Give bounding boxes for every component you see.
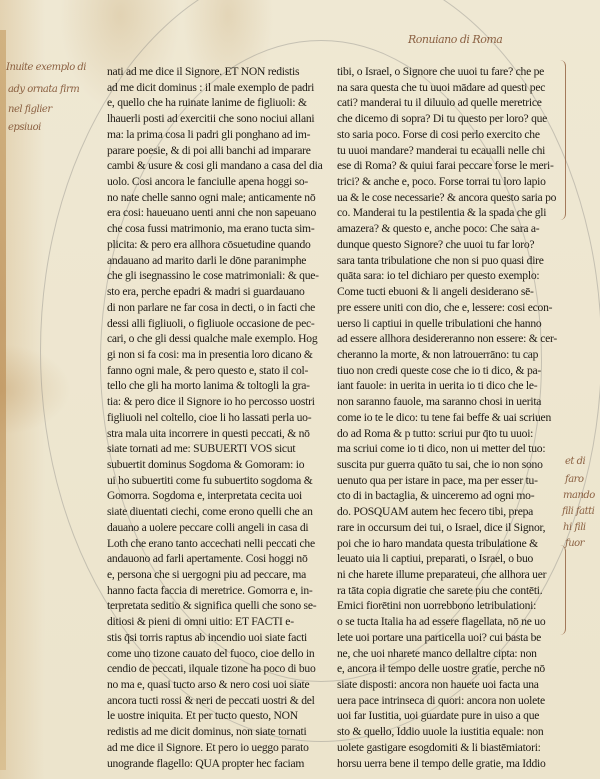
text-line: tia: & pero dice il Signore io ho percos… [107,394,337,410]
text-line: amazera? & questo e, anche poco: Che sar… [337,221,567,237]
text-line: di non parlare ne far cosa in decti, o i… [107,300,337,316]
text-line: ma scriui come io ti dico, non ui metter… [337,441,567,457]
text-line: e, quello che ha ruinate lanime de figli… [107,95,337,111]
text-line: ne, che uoi nharete manco dellaltre cipt… [337,646,567,662]
text-line: Gomorra. Sogdoma e, interpretata cecita … [107,488,337,504]
text-line: figliuoli nel coltello, cioe li ho lassa… [107,410,337,426]
text-line: uenuto qua per istare in pace, ma per es… [337,473,567,489]
text-line: sto saria poco. Forse di cosi perlo exer… [337,127,567,143]
text-line: cati? manderai tu il diluuio ad quelle m… [337,95,567,111]
text-line: iant fauole: in uerita in uerita io ti d… [337,378,567,394]
text-line: andauono ad farli apertamente. Cosi hogg… [107,551,337,567]
text-line: ni che harete illume preparateui, che al… [337,567,567,583]
text-line: pre essere uniti con dio, che e, lessere… [337,300,567,316]
page-edge-stain [0,30,6,770]
text-line: fanno ogni male, & pero questo e, stato … [107,363,337,379]
text-line: unogrande flagello: QUA propter hec faci… [107,756,337,772]
text-line: che cosa fussi matrimonio, ma erano tuct… [107,221,337,237]
margin-note-line: et di [565,456,585,467]
text-line: na sara questa che tu uuoi mādare ad que… [337,80,567,96]
text-line: do. POSQUAM autem hec fecero tibi, prepa [337,504,567,520]
text-line: co. Manderai tu la pestilentia & la spad… [337,205,567,221]
text-line: plicita: & pero era allhora cōsuetudine … [107,237,337,253]
text-line: Emici fiorētini non uorrebbono letribula… [337,598,567,614]
margin-note-line: epsiuoi [8,122,41,133]
text-line: le uostre iniquita. Et per tucto questo,… [107,708,337,724]
text-line: no nate chelle sanno ogni male; anticame… [107,190,337,206]
text-line: non saranno fauole, ma saranno chosi in … [337,394,567,410]
text-line: dunque questo Signore? che uuoi tu far l… [337,237,567,253]
text-line: nati ad me dice il Signore. ET NON redis… [107,64,337,80]
text-line: ua & le cose necessarie? & ancora questo… [337,190,567,206]
text-line: uera pace intrinseca di quori: ancora no… [337,693,567,709]
text-line: lete uoi portare una particella uoi? cui… [337,630,567,646]
margin-note-line: mando [563,490,595,501]
text-line: siate disposti: ancora non hauete uoi fa… [337,677,567,693]
text-line: no ma e, quasi tucto arso & nero cosi uo… [107,677,337,693]
text-line: stis q̄si torris raptus ab incendio uoi … [107,630,337,646]
text-line: dessi alli figliuoli, o figliuole occasi… [107,316,337,332]
text-line: sto era, perche epadri & madri si guarda… [107,284,337,300]
text-line: cambi & usure & cosi gli mandano a casa … [107,158,337,174]
text-line: leuato uia li captiui, preparati, o Isra… [337,551,567,567]
text-line: che gli isegnassino le cose matrimoniali… [107,268,337,284]
text-line: siate tornati ad me: SUBUERTI VOS sicut [107,441,337,457]
text-line: do ad Roma & p tutto: scriui pur q̄to tu… [337,426,567,442]
text-line: come uno tizone cauato del fuoco, cioe d… [107,646,337,662]
top-annotation: Ronuiano di Roma [408,33,502,46]
text-line: ad me dicit dominus : il male exemplo de… [107,80,337,96]
text-line: ma: la prima cosa li padri gli ponghano … [107,127,337,143]
text-line: tibi, o Israel, o Signore che uuoi tu fa… [337,64,567,80]
text-line: e, ancora il tempo delle uostre gratie, … [337,661,567,677]
text-line: e, persona che si uergogni piu ad peccar… [107,567,337,583]
manuscript-page: Ronuiano di Roma Inuite exemplo di ady o… [0,0,600,779]
text-line: ra tāta copia digratie che sarete piu ch… [337,583,567,599]
margin-note-line: fuor [565,538,584,549]
text-line: sto & quello, Iddio uuole la iustitia eq… [337,724,567,740]
margin-note-line: ady ornata firm [8,84,79,95]
text-line: uolete gastigare esogdomiti & li biastēm… [337,740,567,756]
text-line: lhauerli posti ad exercitii che sono noc… [107,111,337,127]
text-column-right: tibi, o Israel, o Signore che uuoi tu fa… [337,64,567,771]
text-line: Come tucti ebuoni & li angeli desiderano… [337,284,567,300]
text-line: ditiosi & pieni di omni uitio: ET FACTI … [107,614,337,630]
text-line: poi che io haro mandata questa tribulati… [337,536,567,552]
text-line: terpretata seditio & significa quelli ch… [107,598,337,614]
text-line: ancora tucti rossi & neri de peccati uos… [107,693,337,709]
text-line: horsu uerra bene il tempo delle gratie, … [337,756,567,772]
text-line: uerso li captiui in quelle tribulationi … [337,316,567,332]
text-line: ad essere allhora desidereranno non esse… [337,331,567,347]
text-line: rare in occursum dei tui, o Israel, dice… [337,520,567,536]
text-line: come io te le dico: tu tene fai beffe & … [337,410,567,426]
text-line: suscita pur guerra quāto tu sai, che io … [337,457,567,473]
text-line: redistis ad me dicit dominus, non siate … [107,724,337,740]
text-line: gi non si fa cosi: ma in presentia loro … [107,347,337,363]
text-line: parare poesie, & di poi alli banchi ad i… [107,143,337,159]
text-line: ad me dice il Signore. Et pero io ueggo … [107,740,337,756]
text-line: era cosi: haueuano uenti anni che non sa… [107,205,337,221]
text-line: che dicemo di sopra? Di tu questo per lo… [337,111,567,127]
text-line: tiuo non credi queste cose che io ti dic… [337,363,567,379]
text-line: cheranno la morte, & non latrouerrāno: t… [337,347,567,363]
margin-note-line: Inuite exemplo di [6,62,86,73]
text-line: tello che gli ha morto lanima & toltogli… [107,378,337,394]
text-line: Loth che erano tanto accechati nelli pec… [107,536,337,552]
text-line: cto di in bactaglia, & uinceremo ad ogni… [337,488,567,504]
text-line: sara tanta tribulatione che non si puo q… [337,253,567,269]
text-line: subuertit dominus Sogdoma & Gomoram: io [107,457,337,473]
text-line: hanno facta faccia di meretrice. Gomorra… [107,583,337,599]
text-line: stra mala uita incorrere in questi pecca… [107,426,337,442]
text-line: cari, o che gli dessi qualche male exemp… [107,331,337,347]
text-line: trici? & anche e, poco. Forse torrai tu … [337,174,567,190]
text-line: siate diuentati ciechi, come erono quell… [107,504,337,520]
text-line: o se tucta Italia ha ad essere flagellat… [337,614,567,630]
text-line: ese di Roma? & quiui farai peccare forse… [337,158,567,174]
text-column-left: nati ad me dice il Signore. ET NON redis… [107,64,337,771]
text-line: tu uuoi mandare? manderai tu ecaualli ne… [337,143,567,159]
margin-note-line: nel figlier [8,104,52,115]
text-line: cendio de peccati, ilquale tizone ha poc… [107,661,337,677]
text-line: uoi far Iustitia, uoi guardate pure in u… [337,708,567,724]
text-line: uolo. Cosi ancora le fanciulle apena hog… [107,174,337,190]
text-line: andauano ad marito darli le dōne paranim… [107,253,337,269]
text-line: ui ho subuertiti come fu subuertito sogd… [107,473,337,489]
text-line: dauano a uolere peccare colli angeli in … [107,520,337,536]
text-line: quāta sara: io tel dichiaro per questo e… [337,268,567,284]
margin-note-line: faro [565,474,583,485]
